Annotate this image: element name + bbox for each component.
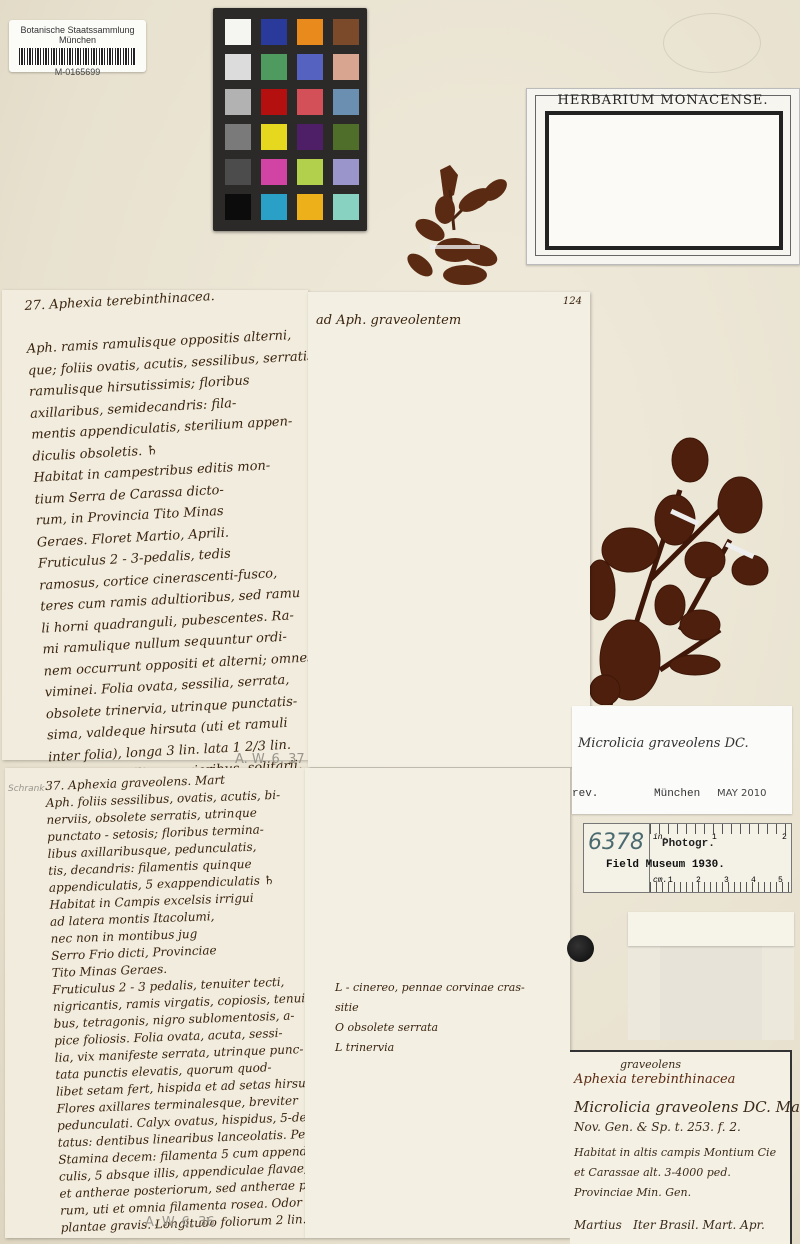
label-line-graveolens: graveolens [620, 1058, 681, 1071]
label-line-genus: Aphexia terebinthinacea [574, 1072, 735, 1087]
color-swatch [333, 194, 359, 220]
determination-label: Microlicia graveolens DC. rev. München M… [572, 706, 792, 814]
cm-4: 4 [751, 876, 756, 885]
margin-note-graveolentem: ad Aph. graveolentem [316, 310, 461, 332]
color-swatch [297, 159, 323, 185]
color-swatch [225, 89, 251, 115]
ruler-scale: 1 2 1 2 3 4 5 [649, 824, 791, 892]
color-swatch [333, 19, 359, 45]
rev-text: rev. [572, 788, 598, 800]
color-swatch [225, 124, 251, 150]
color-swatch [333, 159, 359, 185]
color-calibration-chart [213, 8, 367, 231]
color-swatch [261, 159, 287, 185]
color-swatch [225, 19, 251, 45]
pencil-mark-upper: A. W. 6. 37 [235, 752, 305, 767]
handwritten-number: 6378 [588, 830, 644, 855]
cm-5: 5 [778, 876, 783, 885]
photo-ruler-label: 6378 1 2 1 2 3 4 5 in. cm. Photogr. Fiel… [583, 823, 792, 893]
color-swatch [297, 194, 323, 220]
color-swatch [261, 19, 287, 45]
date-text: MAY 2010 [717, 788, 766, 799]
color-swatch [297, 54, 323, 80]
color-swatch [333, 124, 359, 150]
side-label-schrank: Schrank [8, 784, 45, 794]
label-line-habitat: Habitat in altis campis Montium Cie [574, 1146, 776, 1159]
pencil-mark-lower: A. W. 6. 36 [145, 1215, 215, 1230]
barcode-label: Botanische Staatssammlung München M-0165… [9, 20, 146, 72]
label-title: HERBARIUM MONACENSE. [527, 93, 799, 108]
color-swatch [333, 54, 359, 80]
color-swatch [261, 54, 287, 80]
label-blank-area [545, 111, 783, 250]
margin-notes-lower: L - cinereo, pennae corvinae cras- sitie… [335, 978, 525, 1058]
cm-3: 3 [724, 876, 729, 885]
barcode [19, 48, 136, 65]
manuscript-note-upper-right: 124 ad Aph. graveolentem [308, 292, 590, 767]
plant-specimen-large [590, 430, 795, 705]
inch-2: 2 [782, 833, 787, 842]
fragment-envelope[interactable] [628, 912, 794, 1040]
envelope-right-fold [762, 946, 794, 1040]
institution-name: Botanische Staatssammlung München [9, 25, 146, 45]
embossed-stamp [663, 13, 761, 73]
plant-specimen-small [400, 160, 515, 290]
manuscript-note-lower-right: L - cinereo, pennae corvinae cras- sitie… [305, 768, 570, 1238]
taxon-name: Microlicia graveolens DC. [578, 736, 749, 751]
cm-2: 2 [696, 876, 701, 885]
manuscript-note-upper-left: 27. Aphexia terebinthinacea. Aph. ramis … [2, 290, 308, 760]
envelope-left-fold [628, 946, 660, 1040]
herbarium-monacense-label: HERBARIUM MONACENSE. [526, 88, 800, 265]
color-swatch [297, 124, 323, 150]
color-swatch [225, 54, 251, 80]
cm-unit: cm. [653, 876, 667, 885]
label-line-taxon: Microlicia graveolens DC. Mart [574, 1098, 800, 1116]
color-swatch [225, 194, 251, 220]
place-text: München [654, 788, 700, 800]
mounting-pin [567, 935, 594, 962]
original-collection-label: graveolens Aphexia terebinthinacea Micro… [570, 1050, 792, 1244]
cm-1: 1 [668, 876, 673, 885]
manuscript-note-lower-left: Schrank 37. Aphexia graveolens. Mart Aph… [5, 768, 305, 1238]
page-number: 124 [563, 296, 582, 307]
specimen-id: M-0165699 [9, 67, 146, 77]
color-swatch [261, 124, 287, 150]
envelope-flap[interactable] [628, 912, 794, 946]
color-swatch [333, 89, 359, 115]
inch-ticks [650, 824, 791, 834]
color-swatch [261, 89, 287, 115]
color-swatch [261, 194, 287, 220]
photogr-text: Photogr. [662, 838, 715, 850]
color-swatch [225, 159, 251, 185]
color-swatch [297, 19, 323, 45]
herbarium-sheet: Botanische Staatssammlung München M-0165… [0, 0, 800, 1244]
field-museum-text: Field Museum 1930. [606, 859, 725, 871]
label-line-collector: Martius Iter Brasil. Mart. Apr. [574, 1218, 765, 1232]
color-swatch [297, 89, 323, 115]
label-line-province: Provinciae Min. Gen. [574, 1186, 691, 1199]
label-line-altitude: et Carassae alt. 3-4000 ped. [574, 1166, 731, 1179]
label-line-reference: Nov. Gen. & Sp. t. 253. f. 2. [574, 1120, 741, 1134]
